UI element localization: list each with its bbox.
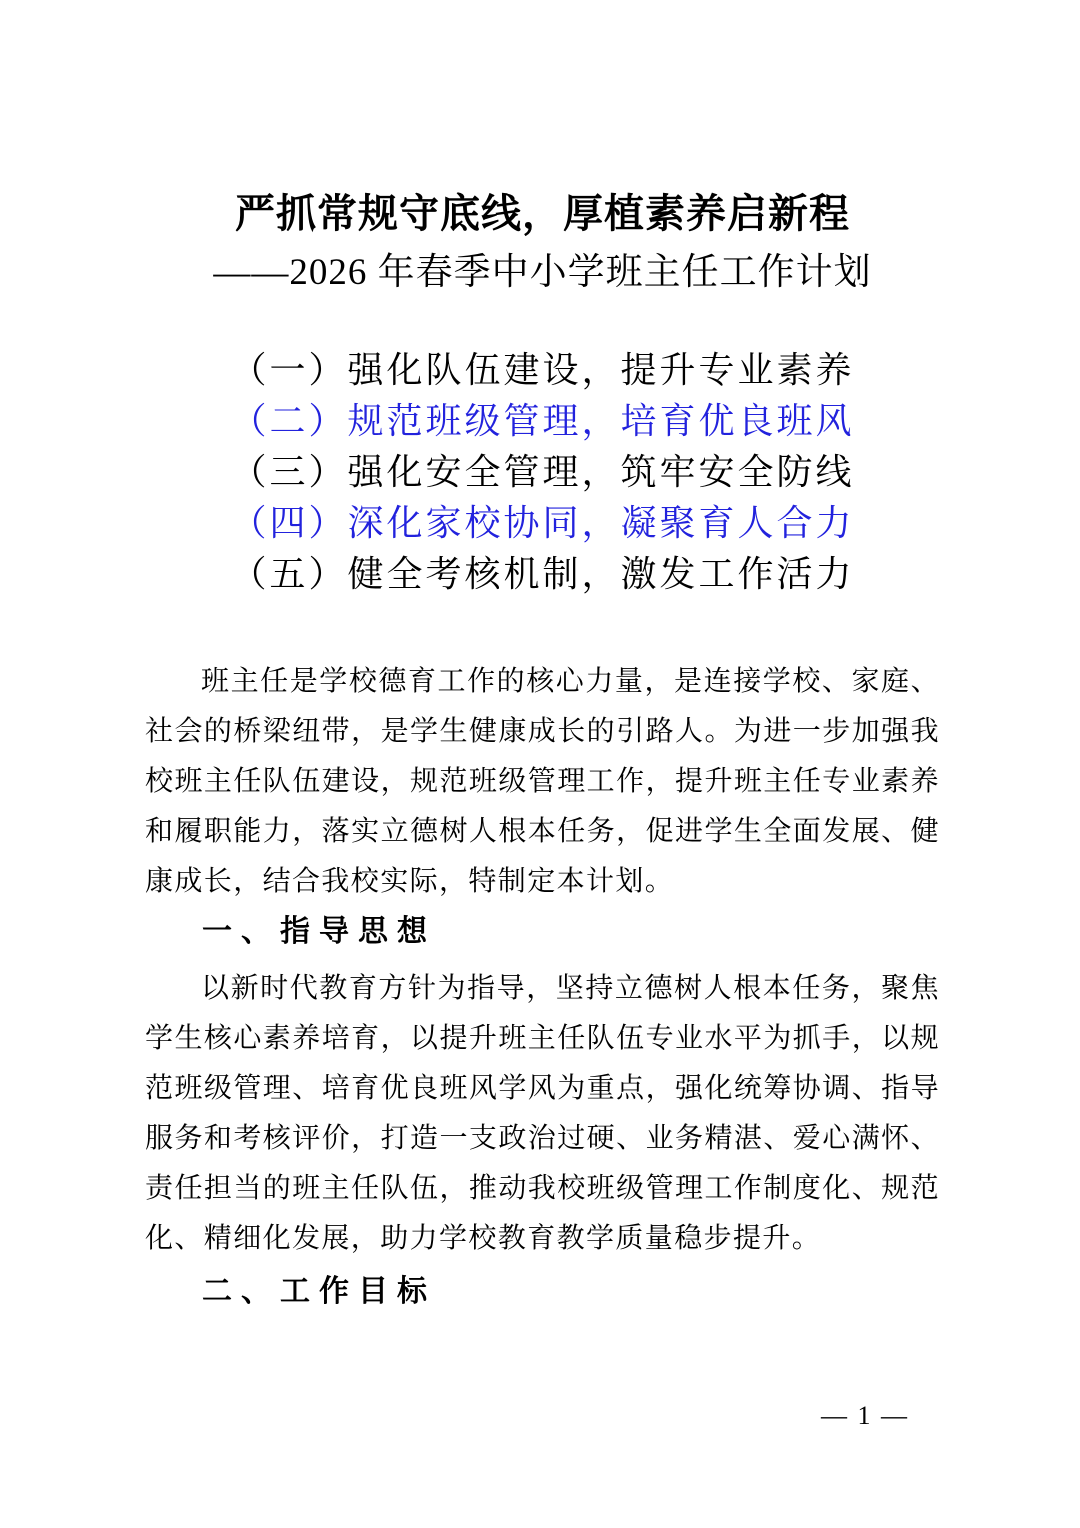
- section-2-heading: 二、工作目标: [145, 1267, 940, 1317]
- document-title: 严抓常规守底线，厚植素养启新程: [145, 0, 940, 238]
- document-page: 严抓常规守底线，厚植素养启新程 ——2026 年春季中小学班主任工作计划 （一）…: [0, 0, 1080, 1528]
- section-1-paragraph: 以新时代教育方针为指导，坚持立德树人根本任务，聚焦学生核心素养培育，以提升班主任…: [145, 964, 940, 1264]
- table-of-contents: （一）强化队伍建设，提升专业素养 （二）规范班级管理，培育优良班风 （三）强化安…: [145, 345, 940, 600]
- intro-paragraph: 班主任是学校德育工作的核心力量，是连接学校、家庭、社会的桥梁纽带，是学生健康成长…: [145, 657, 940, 907]
- section-1-heading: 一、指导思想: [145, 907, 940, 957]
- toc-item-4-link[interactable]: （四）深化家校协同，凝聚育人合力: [145, 498, 940, 549]
- toc-item-2-link[interactable]: （二）规范班级管理，培育优良班风: [145, 396, 940, 447]
- document-subtitle: ——2026 年春季中小学班主任工作计划: [145, 251, 940, 295]
- toc-item-5: （五）健全考核机制，激发工作活力: [145, 549, 940, 600]
- toc-item-3: （三）强化安全管理，筑牢安全防线: [145, 447, 940, 498]
- toc-item-1: （一）强化队伍建设，提升专业素养: [145, 345, 940, 396]
- page-number: — 1 —: [770, 1400, 960, 1432]
